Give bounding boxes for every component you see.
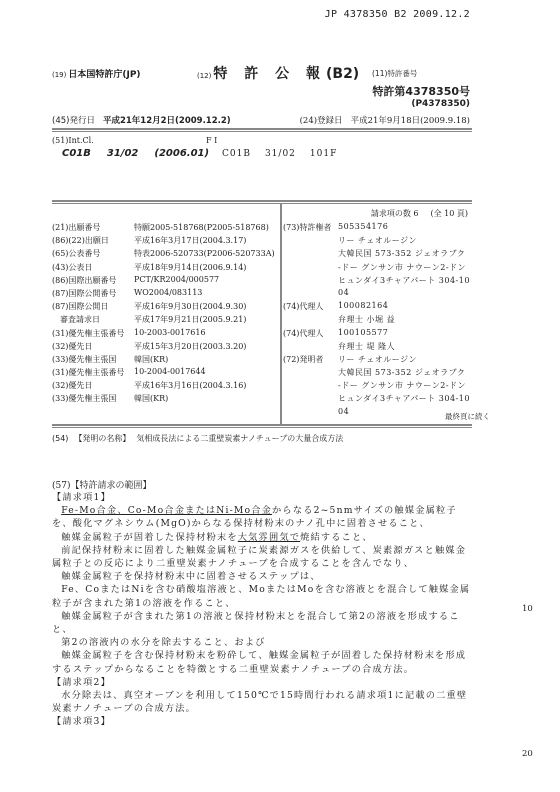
biblio-key: (33)優先権主張国 [52,354,134,367]
biblio-row: (65)公表番号特表2006-520733(P2006-520733A) [52,248,275,261]
biblio-value: 韓国(KR) [134,354,168,367]
biblio-row: 04 [283,407,470,420]
biblio-value: 平成17年9月21日(2005.9.21) [134,314,246,327]
pub-type-text: 特 許 公 報 [213,66,326,82]
biblio-key [283,248,338,261]
claim-1-para-4: 触媒金属粒子を保持材粉末中に固着させるステップは、 [52,570,472,583]
pub-type-suffix: (B2) [326,66,359,82]
registration-date: (24)登録日平成21年9月18日(2009.9.18) [300,114,470,126]
bibliographic-right: (73)特許権者505354176 リー チェオルージン 大韓民国 573-35… [283,222,470,420]
title-label: 【発明の名称】 [74,434,130,443]
biblio-key [283,314,338,327]
biblio-key: 審査請求日 [52,314,134,327]
biblio-value: 04 [338,407,349,420]
issue-date-label: (45)発行日 [52,116,95,126]
biblio-value: -ドー グンサン市 ナウーン2-ドン [338,380,466,393]
title-code: (54) [52,434,68,443]
biblio-key [283,275,338,288]
biblio-key [283,262,338,275]
claim-1-para-8: 触媒金属粒子を含む保持材粉末を粉砕して、触媒金属粒子が固着した保持材粉末を形成す… [52,649,472,675]
biblio-row: (21)出願番号特願2005-518768(P2005-518768) [52,222,275,235]
biblio-row: 大韓民国 573-352 ジェオラブク [283,248,470,261]
intcl-group: 31/02 [107,148,138,159]
biblio-row: (74)代理人100105577 [283,328,470,341]
biblio-row: ヒュンダイ3チャアパート 304-10 [283,275,470,288]
patent-number-label: (11)特許番号 [372,68,417,79]
biblio-row: (87)国際公開番号WO2004/083113 [52,288,275,301]
biblio-key: (74)代理人 [283,301,338,314]
intcl-version: (2006.01) [154,148,209,159]
biblio-key: (72)発明者 [283,354,338,367]
biblio-value: 平成16年3月17日(2004.3.17) [134,235,246,248]
biblio-row: (86)(22)出願日平成16年3月17日(2004.3.17) [52,235,275,248]
intcl-label: (51)Int.Cl. [52,136,94,145]
biblio-row: (31)優先権主張番号10-2004-0017644 [52,367,275,380]
biblio-value: リー チェオルージン [338,354,417,367]
biblio-row: -ドー グンサン市 ナウーン2-ドン [283,380,470,393]
claim-1-para-2: 触媒金属粒子が固着した保持材粉末を大気雰囲気で焼結すること、 [52,531,472,544]
biblio-value: 特願2005-518768(P2005-518768) [134,222,269,235]
biblio-key: (86)国際出願番号 [52,275,134,288]
biblio-value: 平成16年9月30日(2004.9.30) [134,301,246,314]
biblio-row: リー チェオルージン [283,235,470,248]
claims-count: 請求項の数 6(全 10 頁) [371,208,468,219]
title-text: 気相成長法による二重壁炭素ナノチューブの大量合成方法 [136,434,343,443]
biblio-row: (72)発明者リー チェオルージン [283,354,470,367]
biblio-value: 大韓民国 573-352 ジェオラブク [338,367,465,380]
biblio-key: (73)特許権者 [283,222,338,235]
biblio-column-divider [280,204,282,424]
claim-1-label: 【請求項1】 [52,491,472,504]
fi-group: 31/02 [265,149,296,159]
office-name: 日本国特許庁(JP) [68,70,140,80]
claim-1-para-2-pre: 触媒金属粒子が固着した保持材粉末を [61,532,238,543]
biblio-key: (87)国際公開番号 [52,288,134,301]
claim-1-para-5: Fe、CoまたはNiを含む硝酸塩溶液と、MoまたはMoを含む溶液とを混合して触媒… [52,583,472,609]
biblio-value: 10-2003-0017616 [134,328,206,341]
registration-date-value: 平成21年9月18日(2009.9.18) [351,116,470,126]
claim-1-para-2-post: 焼結すること、 [300,532,373,543]
biblio-key: (86)(22)出願日 [52,235,134,248]
patent-number-p: (P4378350) [411,99,470,109]
biblio-row: (73)特許権者505354176 [283,222,470,235]
line-number-10: 10 [522,604,533,614]
biblio-key [283,288,338,301]
claims-heading: (57)【特許請求の範囲】 [52,478,151,491]
claim-1-para-6: 触媒金属粒子が含まれた第1の溶液と保持材粉末とを混合して第2の溶液を形成すること… [52,610,472,636]
office-code: (19) [52,71,66,79]
biblio-value: 10-2004-0017644 [134,367,206,380]
biblio-value: 特表2006-520733(P2006-520733A) [134,248,275,261]
invention-title: (54)【発明の名称】気相成長法による二重壁炭素ナノチューブの大量合成方法 [52,433,343,444]
biblio-value: 弁理士 小堀 益 [338,314,395,327]
biblio-value: 平成16年3月16日(2004.3.16) [134,380,246,393]
header-divider [52,128,472,132]
biblio-top-divider [52,200,472,204]
biblio-value: PCT/KR2004/000577 [134,275,219,288]
biblio-value: 韓国(KR) [134,393,168,406]
biblio-value: WO2004/083113 [134,288,202,301]
registration-date-label: (24)登録日 [300,116,343,126]
claims-number: 請求項の数 6 [371,209,419,218]
fi-label: F I [206,136,217,145]
claim-2-label: 【請求項2】 [52,676,472,689]
issuing-office: (19)日本国特許庁(JP) [52,67,141,80]
biblio-key [283,367,338,380]
claim-2-para-1: 水分除去は、真空オーブンを利用して150℃で15時間行われる請求項1に記載の二重… [52,689,472,715]
biblio-key [283,393,338,406]
biblio-row: 弁理士 堤 隆人 [283,341,470,354]
fi-classification: C01B31/02101F [222,149,351,159]
biblio-key: (33)優先権主張国 [52,393,134,406]
claims-body: 【請求項1】 Fe-Mo合金、Co-Mo合金またはNi-Mo合金からなる2~5n… [52,491,472,729]
intcl-class: C01B [62,148,91,159]
claim-1-atmosphere: 大気雰囲気で [238,532,300,543]
biblio-value: 100105577 [338,328,388,341]
claim-1-para-1: Fe-Mo合金、Co-Mo合金またはNi-Mo合金からなる2~5nmサイズの触媒… [52,504,472,530]
biblio-row: (86)国際出願番号PCT/KR2004/000577 [52,275,275,288]
biblio-row: (33)優先権主張国韓国(KR) [52,393,275,406]
biblio-value: 大韓民国 573-352 ジェオラブク [338,248,465,261]
biblio-row: (43)公表日平成18年9月14日(2006.9.14) [52,262,275,275]
biblio-row: (33)優先権主張国韓国(KR) [52,354,275,367]
biblio-row: -ドー グンサン市 ナウーン2-ドン [283,262,470,275]
continued-note: 最終頁に続く [445,411,490,422]
biblio-key [283,407,338,420]
issue-date-value: 平成21年12月2日(2009.12.2) [103,116,231,126]
biblio-row: (87)国際公開日平成16年9月30日(2004.9.30) [52,301,275,314]
biblio-row: 大韓民国 573-352 ジェオラブク [283,367,470,380]
biblio-bottom-divider [52,424,472,428]
intcl-classification: C01B31/02(2006.01) [62,148,225,159]
biblio-value: 100082164 [338,301,388,314]
claim-1-alloys: Fe-Mo合金、Co-Mo合金またはNi-Mo合金 [61,505,272,516]
biblio-value: -ドー グンサン市 ナウーン2-ドン [338,262,466,275]
claim-1-para-7: 第2の溶液内の水分を除去すること、および [52,636,472,649]
biblio-value: 弁理士 堤 隆人 [338,341,395,354]
biblio-row: (32)優先日平成15年3月20日(2003.3.20) [52,341,275,354]
biblio-key: (31)優先権主張番号 [52,367,134,380]
fi-code: 101F [310,149,337,159]
bibliographic-left: (21)出願番号特願2005-518768(P2005-518768) (86)… [52,222,275,407]
biblio-key: (32)優先日 [52,380,134,393]
biblio-row: 弁理士 小堀 益 [283,314,470,327]
biblio-value: 平成15年3月20日(2003.3.20) [134,341,246,354]
biblio-key: (31)優先権主張番号 [52,328,134,341]
issue-date: (45)発行日平成21年12月2日(2009.12.2) [52,114,231,126]
biblio-value: リー チェオルージン [338,235,417,248]
biblio-key: (87)国際公開日 [52,301,134,314]
biblio-value: 04 [338,288,349,301]
biblio-row: (74)代理人100082164 [283,301,470,314]
biblio-row: (31)優先権主張番号10-2003-0017616 [52,328,275,341]
pub-type-code: (12) [197,72,211,80]
biblio-key: (74)代理人 [283,328,338,341]
publication-type: (12)特 許 公 報(B2) [197,63,359,83]
claim-1-para-3: 前記保持材粉末に固着した触媒金属粒子に炭素源ガスを供給して、炭素源ガスと触媒金属… [52,544,472,570]
line-number-20: 20 [522,749,533,759]
document-id: JP 4378350 B2 2009.12.2 [325,9,470,20]
biblio-value: ヒュンダイ3チャアパート 304-10 [338,275,470,288]
patent-number: 特許第4378350号 [372,83,470,99]
biblio-value: 平成18年9月14日(2006.9.14) [134,262,246,275]
fi-class: C01B [222,149,251,159]
biblio-key [283,380,338,393]
biblio-key: (43)公表日 [52,262,134,275]
biblio-row: ヒュンダイ3チャアパート 304-10 [283,393,470,406]
biblio-row: (32)優先日平成16年3月16日(2004.3.16) [52,380,275,393]
biblio-row: 審査請求日平成17年9月21日(2005.9.21) [52,314,275,327]
biblio-row: 04 [283,288,470,301]
biblio-key [283,235,338,248]
claim-3-label: 【請求項3】 [52,715,472,728]
biblio-key: (21)出願番号 [52,222,134,235]
biblio-key: (32)優先日 [52,341,134,354]
biblio-key: (65)公表番号 [52,248,134,261]
biblio-value: ヒュンダイ3チャアパート 304-10 [338,393,470,406]
biblio-value: 505354176 [338,222,388,235]
biblio-key [283,341,338,354]
total-pages: (全 10 頁) [430,209,468,218]
